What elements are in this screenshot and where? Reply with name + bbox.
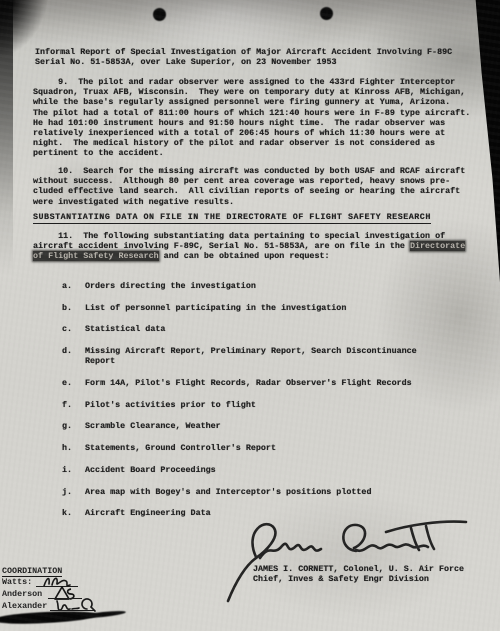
- list-item-text: Statements, Ground Controller's Report: [85, 443, 276, 453]
- paragraph-11: 11. The following substantiating data pe…: [33, 231, 465, 262]
- list-item: b.List of personnel participating in the…: [62, 303, 472, 313]
- coordination-name: Anderson: [2, 589, 42, 599]
- coordination-block: COORDINATION Watts: Anderson Alexander: [2, 566, 62, 613]
- marker-highlight-directorate: Directorate: [410, 241, 465, 251]
- list-item-text: Statistical data: [85, 324, 165, 334]
- list-item: c.Statistical data: [62, 324, 472, 334]
- marker-highlight-flight-safety: of Flight Safety Research: [33, 251, 159, 261]
- list-item-text: Pilot's activities prior to flight: [85, 400, 256, 410]
- paragraph-9: 9. The pilot and radar observer were ass…: [33, 77, 470, 159]
- signature-block: JAMES I. CORNETT, Colonel, U. S. Air For…: [253, 564, 464, 584]
- list-item-text: Accident Board Proceedings: [85, 465, 216, 475]
- list-item: h.Statements, Ground Controller's Report: [62, 443, 472, 453]
- list-item-letter: j.: [62, 487, 85, 497]
- list-item-letter: d.: [62, 346, 85, 366]
- list-item-text: Scramble Clearance, Weather: [85, 421, 221, 431]
- list-item-text: Orders directing the investigation: [85, 281, 256, 291]
- paragraph-11-line2: aircraft accident involving F-89C, Seria…: [33, 241, 410, 251]
- paragraph-10: 10. Search for the missing aircraft was …: [33, 166, 465, 207]
- list-item: a.Orders directing the investigation: [62, 281, 472, 291]
- scan-shadow-left-edge: [0, 0, 13, 275]
- handwritten-signature: [226, 515, 482, 605]
- section-heading: SUBSTANTIATING DATA ON FILE IN THE DIREC…: [33, 212, 431, 224]
- list-item-letter: f.: [62, 400, 85, 410]
- punch-hole-icon: [153, 8, 166, 21]
- list-item-letter: g.: [62, 421, 85, 431]
- list-item: d.Missing Aircraft Report, Preliminary R…: [62, 346, 472, 366]
- list-item-letter: b.: [62, 303, 85, 313]
- scan-shadow-top: [0, 0, 500, 44]
- signature-title-line: Chief, Inves & Safety Engr Division: [253, 574, 429, 584]
- list-item: j.Area map with Bogey's and Interceptor'…: [62, 487, 472, 497]
- document-subject-header: Informal Report of Special Investigation…: [35, 47, 452, 67]
- scanned-document-page: Informal Report of Special Investigation…: [0, 0, 500, 631]
- list-item-text: Missing Aircraft Report, Preliminary Rep…: [85, 346, 417, 366]
- list-item-text: Aircraft Engineering Data: [85, 508, 211, 518]
- list-item: g.Scramble Clearance, Weather: [62, 421, 472, 431]
- list-item-text: List of personnel participating in the i…: [85, 303, 346, 313]
- punch-hole-icon: [320, 7, 333, 20]
- list-item-letter: a.: [62, 281, 85, 291]
- coordination-name: Alexander: [2, 601, 47, 611]
- list-item-letter: e.: [62, 378, 85, 388]
- list-item-text: Area map with Bogey's and Interceptor's …: [85, 487, 371, 497]
- scan-shadow-right-edge: [468, 0, 500, 310]
- list-item-letter: h.: [62, 443, 85, 453]
- list-item-letter: c.: [62, 324, 85, 334]
- list-item-letter: i.: [62, 465, 85, 475]
- list-item-text: Form 14A, Pilot's Flight Records, Radar …: [85, 378, 412, 388]
- list-item: e.Form 14A, Pilot's Flight Records, Rada…: [62, 378, 472, 388]
- enclosure-list: a.Orders directing the investigation b.L…: [62, 281, 472, 530]
- paragraph-11-line1: 11. The following substantiating data pe…: [33, 231, 445, 241]
- coordination-name: Watts:: [2, 577, 32, 587]
- list-item: i.Accident Board Proceedings: [62, 465, 472, 475]
- paragraph-11-line3: and can be obtained upon request:: [159, 251, 330, 261]
- list-item: f.Pilot's activities prior to flight: [62, 400, 472, 410]
- list-item-letter: k.: [62, 508, 85, 518]
- signature-name-line: JAMES I. CORNETT, Colonel, U. S. Air For…: [253, 564, 464, 574]
